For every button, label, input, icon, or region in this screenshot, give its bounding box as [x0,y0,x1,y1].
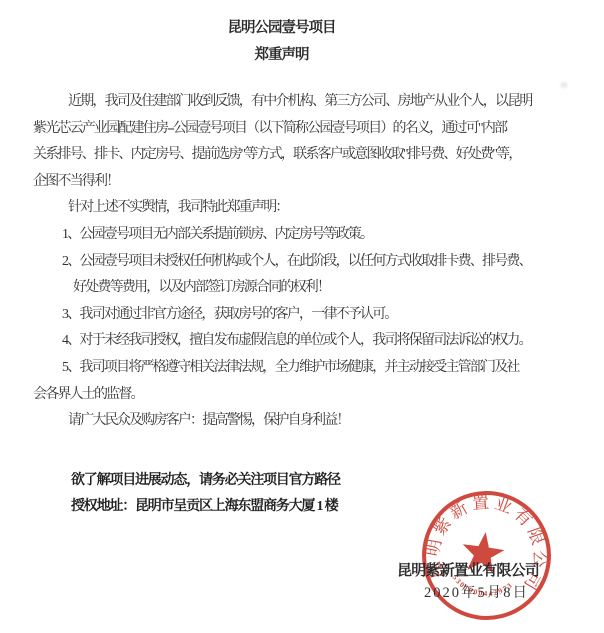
body-line-3: 关系排号、排卡、内定房号、提前选房"等方式，联系客户或意图收取"排号费、好处费"… [33,142,532,169]
statement-item-5: 5、我司项目将严格遵守相关法律法规，全力维护市场健康，并主动接受主管部门及社 [33,355,532,382]
body-line-2: 紫光芯云产业园配建住房--公园壹号项目（以下简称公园壹号项目）的名义，通过可"内… [33,116,532,143]
document-subtitle: 郑重声明 [33,42,530,69]
statement-item-2: 2、公园壹号项目未授权任何机构或个人，在此阶段，以任何方式收取排卡费、排号费、 [33,249,532,276]
scan-artifact-dot [560,82,568,88]
document-body: 近期，我司及住建部门收到反馈，有中介机构、第三方公司、房地产从业个人，以昆明 紫… [33,89,532,435]
statement-item-3: 3、我司对通过非官方途径，获取房号的客户，一律不予认可。 [33,302,532,329]
body-closing-line: 请广大民众及购房客户：提高警惕，保护自身利益！ [33,408,532,435]
notice-line-1: 欲了解项目进展动态，请务必关注项目官方路径 [33,468,340,494]
statement-document-page: 昆明公园壹号项目 郑重声明 近期，我司及住建部门收到反馈，有中介机构、第三方公司… [0,0,604,633]
statement-item-4: 4、对于未经我司授权，擅自发布虚假信息的单位或个人，我司将保留司法诉讼的权力。 [33,328,532,355]
body-line-4: 企图不当得利！ [33,169,532,196]
document-title: 昆明公园壹号项目 [33,15,530,42]
signature-company-name: 昆明紫新置业有限公司 [397,559,539,580]
statement-item-1: 1、公园壹号项目无内部关系提前锁房、内定房号等政策。 [33,222,532,249]
statement-item-2-cont: 好处费等费用，以及内部签订房源合同的权利！ [33,275,532,302]
signature-date: 2020年5月8日 [424,581,529,602]
body-line-1: 近期，我司及住建部门收到反馈，有中介机构、第三方公司、房地产从业个人，以昆明 [33,89,532,116]
body-line-5: 针对上述不实舆情，我司特此郑重声明： [33,195,532,222]
notice-line-2: 授权地址：昆明市呈贡区上海东盟商务大厦 1 楼 [33,494,340,520]
statement-item-5-cont: 会各界人士的监督。 [33,382,532,409]
official-notice: 欲了解项目进展动态，请务必关注项目官方路径 授权地址：昆明市呈贡区上海东盟商务大… [33,468,340,520]
company-seal-stamp: 昆明紫新置业有限公司 5301000442973 [409,478,564,633]
